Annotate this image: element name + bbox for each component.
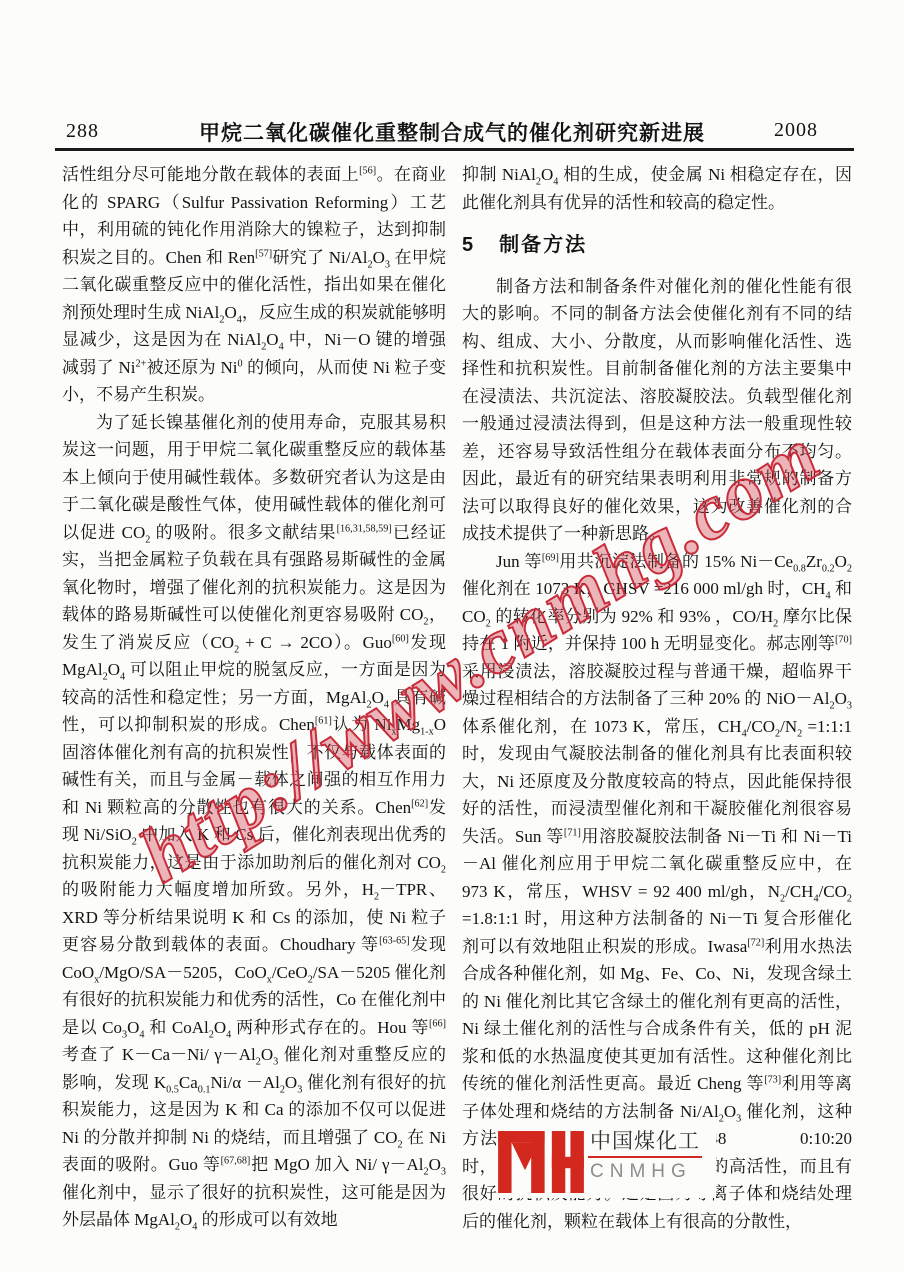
left-column: 活性组分尽可能地分散在载体的表面上[56]。在商业化的 SPARG（Sulfur… bbox=[62, 161, 446, 1234]
section-number: 5 bbox=[462, 234, 473, 256]
cnmhg-logo-text: 中国煤化工 CNMHG bbox=[588, 1124, 702, 1183]
cnmhg-logo-icon bbox=[498, 1131, 584, 1193]
cnmhg-brand-latin: CNMHG bbox=[588, 1161, 692, 1183]
paragraph: 活性组分尽可能地分散在载体的表面上[56]。在商业化的 SPARG（Sulfur… bbox=[62, 161, 446, 409]
section-heading: 5制备方法 bbox=[462, 232, 852, 260]
right-column: 抑制 NiAl2O4 相的生成，使金属 Ni 相稳定存在，因此催化剂具有优异的活… bbox=[462, 161, 852, 1235]
page-year: 2008 bbox=[774, 119, 818, 142]
page-title: 甲烷二氧化碳催化重整制合成气的催化剂研究新进展 bbox=[0, 117, 904, 147]
paragraph: 抑制 NiAl2O4 相的生成，使金属 Ni 相稳定存在，因此催化剂具有优异的活… bbox=[462, 161, 852, 216]
scanned-paper-page: { "header": { "page_number": "288", "tit… bbox=[0, 0, 904, 1272]
cnmhg-logo: 中国煤化工 CNMHG bbox=[498, 1124, 716, 1198]
header-rule bbox=[55, 148, 854, 151]
paragraph: 制备方法和制备条件对催化剂的催化性能有很大的影响。不同的制备方法会使催化剂有不同… bbox=[462, 273, 852, 548]
cnmhg-brand-chinese: 中国煤化工 bbox=[588, 1130, 702, 1158]
paragraph: 为了延长镍基催化剂的使用寿命，克服其易积炭这一问题，用于甲烷二氧化碳重整反应的载… bbox=[62, 409, 446, 1234]
section-title: 制备方法 bbox=[499, 234, 587, 256]
